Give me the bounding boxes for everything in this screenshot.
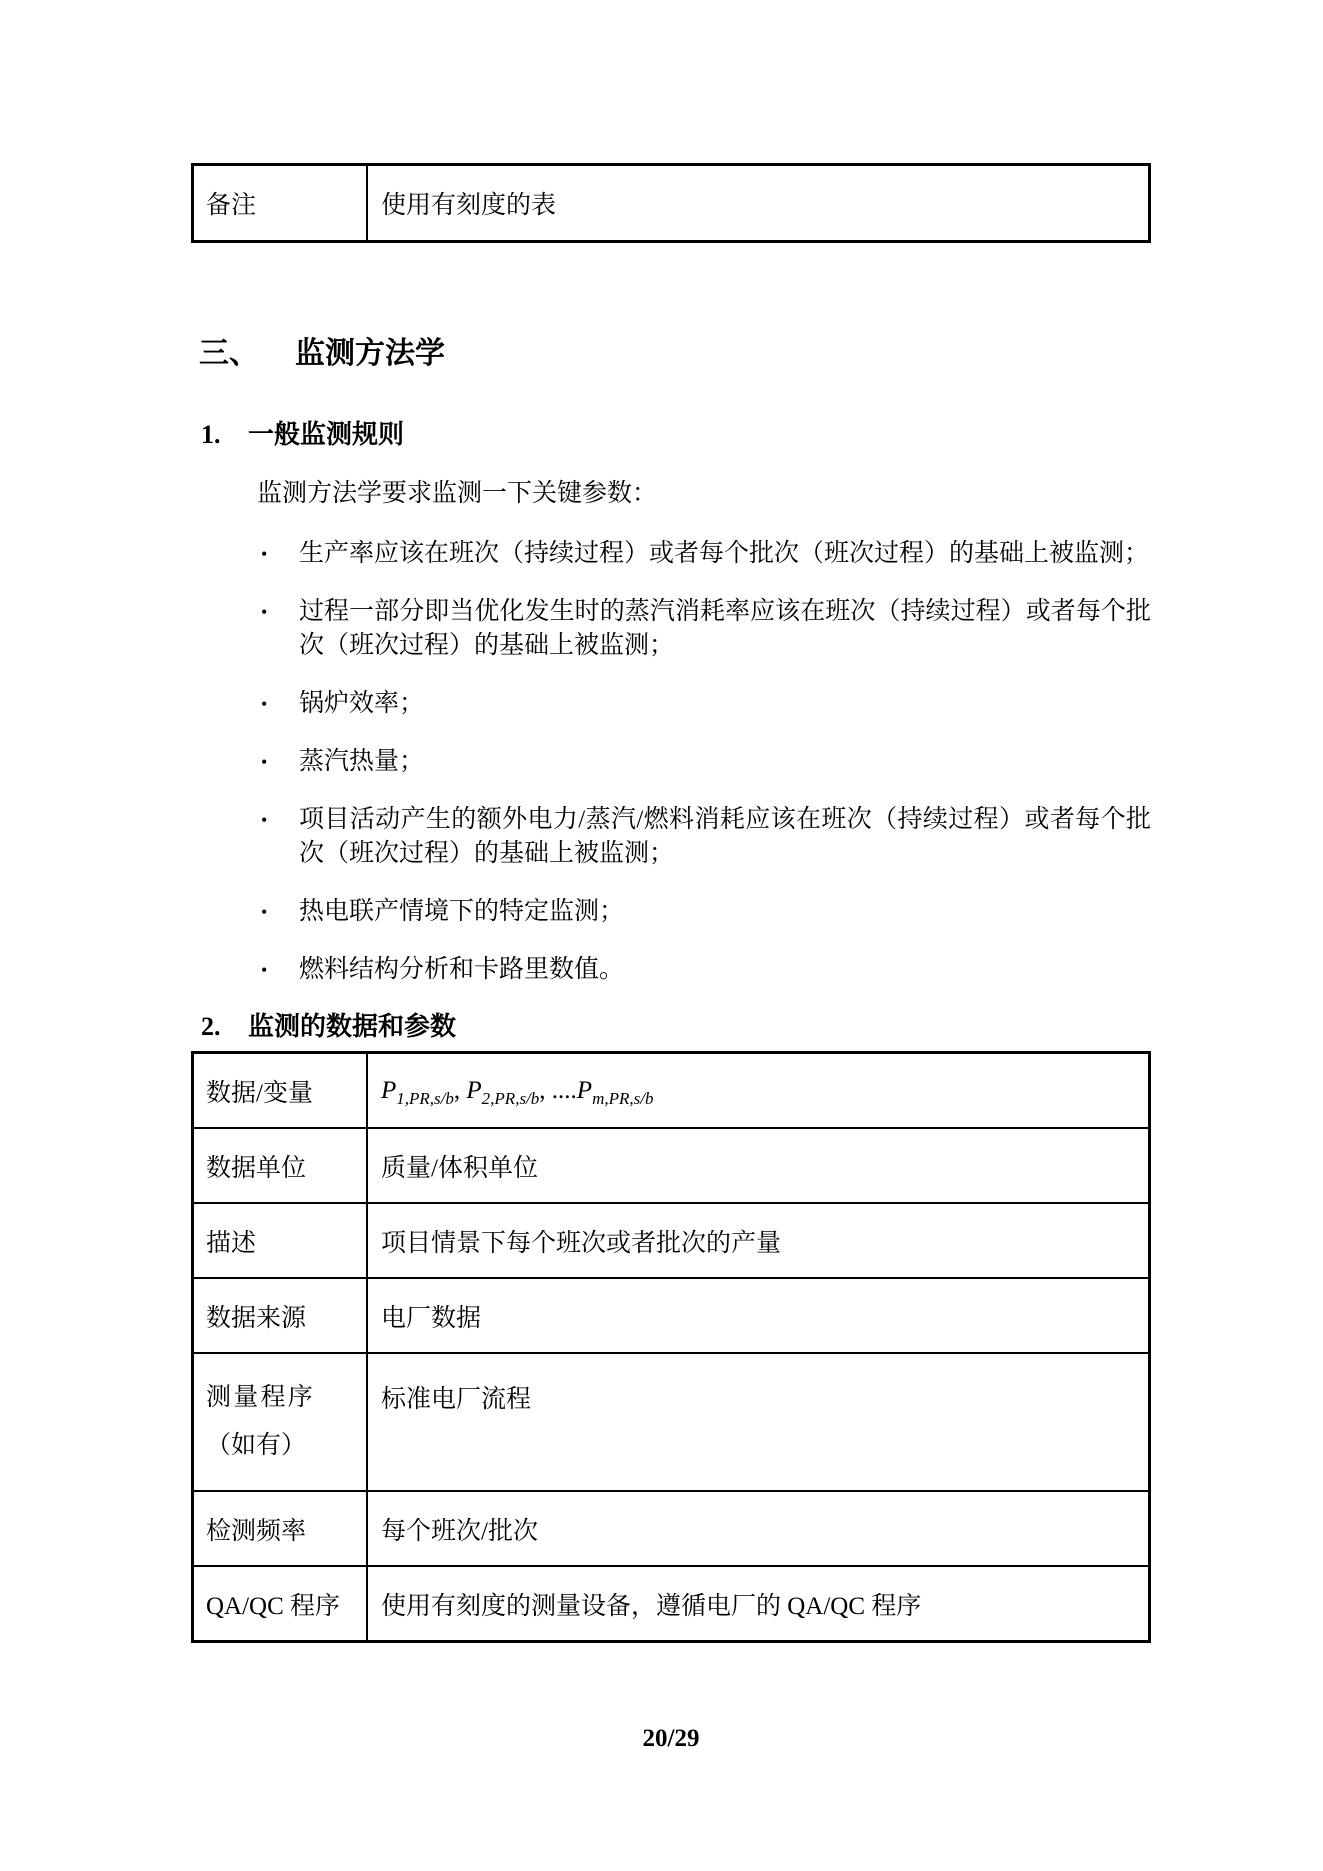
list-item-text: 过程一部分即当优化发生时的蒸汽消耗率应该在班次（持续过程）或者每个批次（班次过程…	[299, 598, 1151, 659]
bullet-icon: •	[261, 953, 267, 987]
document-page: 备注 使用有刻度的表 三、 监测方法学 1. 一般监测规则 监测方法学要求监测一…	[0, 0, 1323, 1871]
section-heading: 三、 监测方法学	[199, 336, 1151, 372]
row-label: 数据/变量	[193, 1053, 368, 1129]
subsection-2-number: 2.	[201, 1011, 248, 1043]
row-label: 数据单位	[193, 1128, 368, 1203]
row-value: 标准电厂流程	[367, 1353, 1150, 1491]
table-row: 测 量 程 序 （如有） 标准电厂流程	[193, 1353, 1150, 1491]
subsection-2-title: 监测的数据和参数	[248, 1011, 456, 1043]
table-row: 描述 项目情景下每个班次或者批次的产量	[193, 1203, 1150, 1278]
table-row: 备注 使用有刻度的表	[193, 165, 1150, 242]
row-value: 每个班次/批次	[367, 1491, 1150, 1566]
list-item: • 热电联产情境下的特定监测；	[191, 895, 1151, 929]
row-value: 电厂数据	[367, 1278, 1150, 1353]
bullet-icon: •	[261, 803, 267, 837]
table-row: 检测频率 每个班次/批次	[193, 1491, 1150, 1566]
bullet-list: • 生产率应该在班次（持续过程）或者每个批次（班次过程）的基础上被监测； • 过…	[191, 537, 1151, 987]
remark-table: 备注 使用有刻度的表	[191, 163, 1151, 243]
subsection-1-number: 1.	[201, 419, 248, 451]
table-row: 数据来源 电厂数据	[193, 1278, 1150, 1353]
row-label: QA/QC 程序	[193, 1566, 368, 1642]
remark-row-value: 使用有刻度的表	[367, 165, 1150, 242]
list-item: • 燃料结构分析和卡路里数值。	[191, 953, 1151, 987]
bullet-icon: •	[261, 745, 267, 779]
list-item: • 生产率应该在班次（持续过程）或者每个批次（班次过程）的基础上被监测；	[191, 537, 1151, 571]
page-content: 备注 使用有刻度的表 三、 监测方法学 1. 一般监测规则 监测方法学要求监测一…	[0, 0, 1323, 1753]
section-title: 监测方法学	[295, 336, 445, 372]
list-item-text: 燃料结构分析和卡路里数值。	[299, 956, 624, 983]
table-row: 数据单位 质量/体积单位	[193, 1128, 1150, 1203]
subsection-1-title: 一般监测规则	[248, 419, 404, 451]
list-item: • 项目活动产生的额外电力/蒸汽/燃料消耗应该在班次（持续过程）或者每个批次（班…	[191, 803, 1151, 871]
list-item: • 锅炉效率；	[191, 687, 1151, 721]
list-item: • 蒸汽热量；	[191, 745, 1151, 779]
list-item: • 过程一部分即当优化发生时的蒸汽消耗率应该在班次（持续过程）或者每个批次（班次…	[191, 595, 1151, 663]
table-row: QA/QC 程序 使用有刻度的测量设备，遵循电厂的 QA/QC 程序	[193, 1566, 1150, 1642]
list-item-text: 热电联产情境下的特定监测；	[299, 898, 624, 925]
table-row: 数据/变量 P1,PR,s/b, P2,PR,s/b, ....Pm,PR,s/…	[193, 1053, 1150, 1129]
section-number: 三、	[199, 336, 295, 372]
row-value: 使用有刻度的测量设备，遵循电厂的 QA/QC 程序	[367, 1566, 1150, 1642]
page-number: 20/29	[191, 1725, 1151, 1753]
subsection-heading-2: 2. 监测的数据和参数	[201, 1011, 1151, 1043]
list-item-text: 生产率应该在班次（持续过程）或者每个批次（班次过程）的基础上被监测；	[299, 540, 1149, 567]
row-label: 数据来源	[193, 1278, 368, 1353]
monitoring-parameters-table: 数据/变量 P1,PR,s/b, P2,PR,s/b, ....Pm,PR,s/…	[191, 1051, 1151, 1643]
row-value-formula: P1,PR,s/b, P2,PR,s/b, ....Pm,PR,s/b	[367, 1053, 1150, 1129]
row-label: 测 量 程 序 （如有）	[193, 1353, 368, 1491]
remark-row-label: 备注	[193, 165, 368, 242]
row-label: 描述	[193, 1203, 368, 1278]
list-item-text: 蒸汽热量；	[299, 748, 424, 775]
row-label: 检测频率	[193, 1491, 368, 1566]
row-value: 项目情景下每个班次或者批次的产量	[367, 1203, 1150, 1278]
bullet-icon: •	[261, 687, 267, 721]
intro-paragraph: 监测方法学要求监测一下关键参数：	[257, 477, 1151, 511]
list-item-text: 项目活动产生的额外电力/蒸汽/燃料消耗应该在班次（持续过程）或者每个批次（班次过…	[299, 806, 1151, 867]
row-value: 质量/体积单位	[367, 1128, 1150, 1203]
bullet-icon: •	[261, 595, 267, 629]
list-item-text: 锅炉效率；	[299, 690, 424, 717]
bullet-icon: •	[261, 537, 267, 571]
subsection-heading-1: 1. 一般监测规则	[201, 419, 1151, 451]
bullet-icon: •	[261, 895, 267, 929]
